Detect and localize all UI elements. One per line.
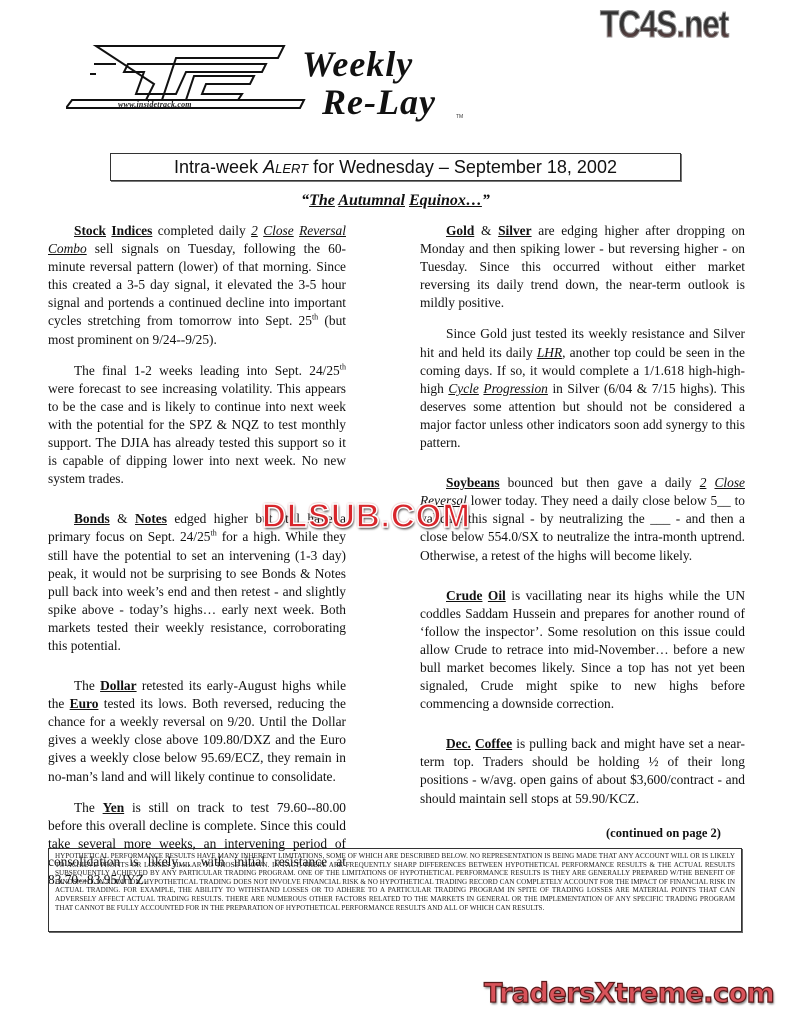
watermark-dlsub: DLSUB.COM: [258, 497, 475, 535]
alert-prefix: Intra-week: [174, 157, 263, 177]
text: &: [474, 223, 498, 238]
disclaimer-box: Hypothetical performance results have ma…: [48, 848, 742, 932]
keyword-oil: Oil: [488, 588, 506, 603]
signal-term: LHR: [537, 345, 562, 360]
signal-term: Combo: [48, 241, 87, 256]
alert-date: for Wednesday – September 18, 2002: [308, 157, 617, 177]
title-word-3: Equinox…: [409, 192, 482, 209]
keyword-euro: Euro: [70, 696, 99, 711]
keyword-crude: Crude: [446, 588, 482, 603]
signal-term: Close: [263, 223, 294, 238]
logo-weekly: Weekly: [302, 46, 413, 82]
paragraph-cycle-progression: Since Gold just tested its weekly resist…: [420, 325, 745, 452]
signal-term: 2: [700, 475, 707, 490]
text: The: [74, 800, 103, 815]
alert-word: Alert: [263, 157, 308, 177]
superscript: th: [340, 362, 346, 371]
text: &: [110, 511, 135, 526]
logo-url: www.insidetrack.com: [118, 100, 192, 109]
keyword-dollar: Dollar: [100, 678, 136, 693]
text: The final 1-2 weeks leading into Sept. 2…: [74, 363, 340, 378]
logo-trademark: TM: [456, 114, 463, 120]
title-word-2: Autumnal: [338, 192, 405, 209]
alert-banner: Intra-week Alert for Wednesday – Septemb…: [110, 153, 681, 181]
left-column: Stock Indices completed daily 2 Close Re…: [48, 222, 346, 902]
text: completed daily: [152, 223, 251, 238]
keyword-gold: Gold: [446, 223, 474, 238]
keyword-yen: Yen: [103, 800, 125, 815]
paragraph-dollar-euro: The Dollar retested its early-August hig…: [48, 677, 346, 786]
keyword-notes: Notes: [135, 511, 167, 526]
logo-relay: Re-Lay: [322, 84, 436, 120]
signal-term: Close: [714, 475, 745, 490]
paragraph-crude-oil: Crude Oil is vacillating near its highs …: [420, 587, 745, 714]
signal-term: Cycle: [448, 381, 478, 396]
keyword-stock: Stock: [74, 223, 106, 238]
paragraph-stock-indices: Stock Indices completed daily 2 Close Re…: [48, 222, 346, 349]
keyword-silver: Silver: [498, 223, 531, 238]
text: for a high. While they still have the po…: [48, 529, 346, 653]
text: The: [74, 678, 100, 693]
keyword-soybeans: Soybeans: [446, 475, 500, 490]
signal-term: 2: [251, 223, 258, 238]
signal-term: Reversal: [299, 223, 346, 238]
paragraph-gold-silver: Gold & Silver are edging higher after dr…: [420, 222, 745, 312]
newsletter-logo: www.insidetrack.com Weekly Re-Lay TM: [66, 44, 486, 124]
watermark-tradersxtreme: TradersXtreme.com: [484, 978, 774, 1009]
paragraph-coffee: Dec. Coffee is pulling back and might ha…: [420, 735, 745, 807]
keyword-coffee: Coffee: [475, 736, 512, 751]
open-quote: “: [301, 192, 309, 209]
signal-term: Progression: [483, 381, 547, 396]
keyword-dec: Dec.: [446, 736, 471, 751]
text: were forecast to see increasing volatili…: [48, 381, 346, 486]
keyword-indices: Indices: [111, 223, 152, 238]
text: sell signals on Tuesday, following the 6…: [48, 241, 346, 328]
title-word-1: The: [309, 192, 335, 209]
watermark-tc4s: TC4S.net: [600, 4, 728, 47]
continued-note: (continued on page 2): [606, 826, 721, 841]
keyword-bonds: Bonds: [74, 511, 110, 526]
paragraph-volatility: The final 1-2 weeks leading into Sept. 2…: [48, 362, 346, 489]
text: is vacillating near its highs while the …: [420, 588, 745, 712]
text: bounced but then gave a daily: [500, 475, 700, 490]
issue-title: “The Autumnal Equinox…”: [0, 192, 791, 210]
close-quote: ”: [482, 192, 490, 209]
